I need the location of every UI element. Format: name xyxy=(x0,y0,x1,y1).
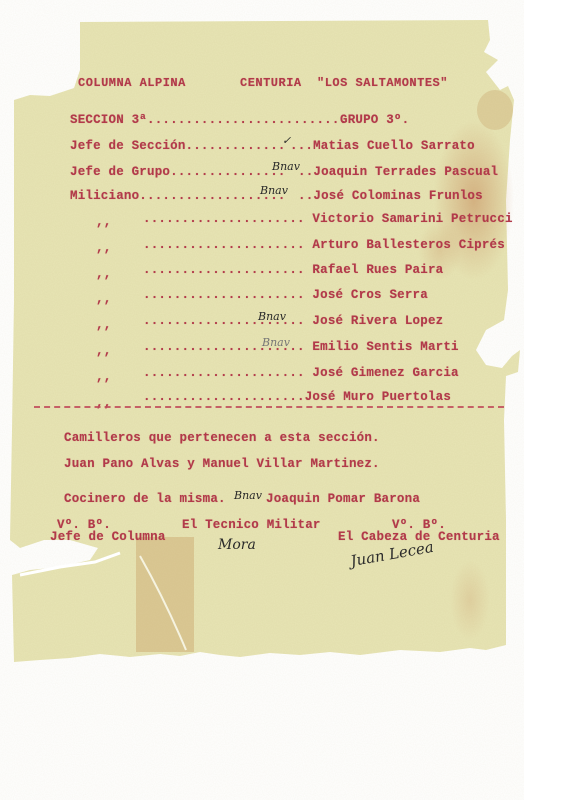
roster-role: Miliciano................... xyxy=(70,189,286,203)
ditto-mark: ,, xyxy=(96,267,111,281)
center-signatory-title: El Tecnico Militar xyxy=(182,518,321,532)
roster-name: ...Matias Cuello Sarrato xyxy=(290,139,475,153)
ditto-mark: ,, xyxy=(96,344,111,358)
left-signatory-title: Jefe de Columna xyxy=(50,530,166,544)
dashed-divider xyxy=(34,406,504,408)
ditto-mark: ,, xyxy=(96,241,111,255)
roster-name: ..José Colominas Frunlos xyxy=(298,189,483,203)
roster-name: ..................... José Gimenez Garci… xyxy=(143,366,459,380)
ditto-mark: ,, xyxy=(96,215,111,229)
cook-name: Joaquin Pomar Barona xyxy=(266,492,420,506)
roster-name: ..................... Arturo Ballesteros… xyxy=(143,238,505,252)
roster-initial-mark: Bnav xyxy=(260,184,288,197)
roster-name: ..................... Rafael Rues Paira xyxy=(143,263,443,277)
group-label: GRUPO 3º. xyxy=(340,113,409,127)
roster-name: .....................José Muro Puertolas xyxy=(143,390,451,404)
roster-initial-mark: Bnav xyxy=(272,160,300,173)
roster-role: Jefe de Sección............. xyxy=(70,139,286,153)
cook-label: Cocinero de la misma. xyxy=(64,492,226,506)
roster-name: ..................... José Cros Serra xyxy=(143,288,428,302)
ditto-mark: ,, xyxy=(96,292,111,306)
center-signature: Mora xyxy=(218,537,256,553)
roster-name: ..................... Emilio Sentis Mart… xyxy=(143,340,459,354)
stretcher-bearers-names: Juan Pano Alvas y Manuel Villar Martinez… xyxy=(64,457,380,471)
stretcher-bearers-title: Camilleros que pertenecen a esta sección… xyxy=(64,431,380,445)
cook-initial-mark: Bnav xyxy=(234,489,262,502)
ditto-mark: ,, xyxy=(96,370,111,384)
header-centuria-name: CENTURIA "LOS SALTAMONTES" xyxy=(240,76,448,90)
header-column-name: COLUMNA ALPINA xyxy=(78,76,186,90)
roster-role: Jefe de Grupo............... xyxy=(70,165,286,179)
section-label: SECCION 3ª.......................... xyxy=(70,113,347,127)
ditto-mark: ,, xyxy=(96,318,111,332)
roster-name: ..................... Victorio Samarini … xyxy=(143,212,513,226)
roster-name: ..Joaquin Terrades Pascual xyxy=(298,165,498,179)
roster-name: ..................... José Rivera Lopez xyxy=(143,314,443,328)
